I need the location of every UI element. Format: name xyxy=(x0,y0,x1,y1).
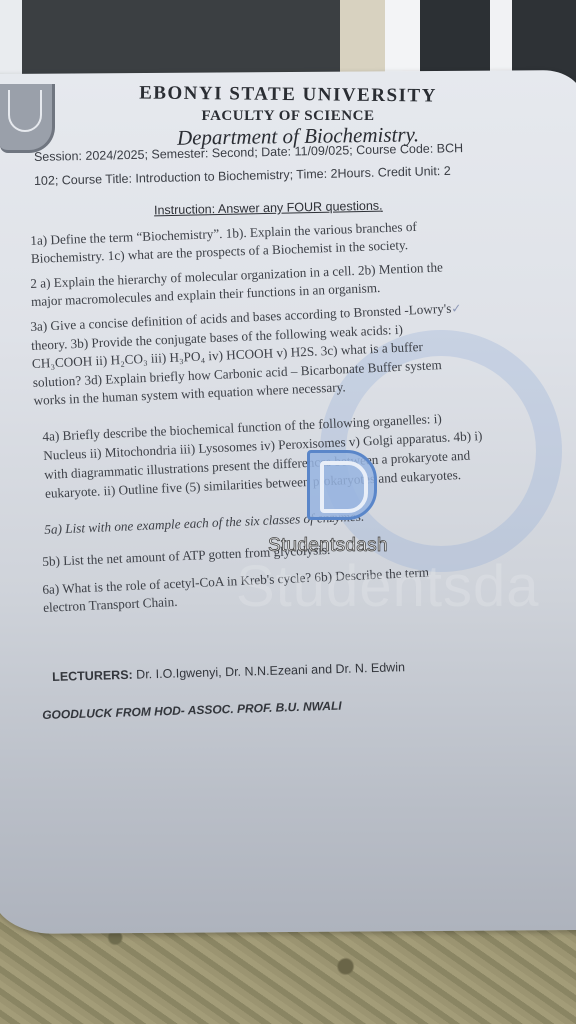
exam-meta-line-2: 102; Course Title: Introduction to Bioch… xyxy=(34,161,554,188)
lecturers-names: Dr. I.O.Igwenyi, Dr. N.N.Ezeani and Dr. … xyxy=(133,660,406,682)
goodluck-note: GOODLUCK FROM HOD- ASSOC. PROF. B.U. NWA… xyxy=(42,699,342,722)
studentsdash-logo-icon xyxy=(307,450,377,520)
lecturers: LECTURERS: Dr. I.O.Igwenyi, Dr. N.N.Ezea… xyxy=(52,660,405,684)
lecturers-label: LECTURERS: xyxy=(52,668,133,684)
university-name: EBONYI STATE UNIVERSITY xyxy=(0,81,576,109)
watermark-text: Studentsdash xyxy=(268,535,388,557)
exam-content: EBONYI STATE UNIVERSITY FACULTY OF SCIEN… xyxy=(0,0,576,1024)
tick-mark-icon: ✓ xyxy=(451,301,462,315)
watermark-large-text: Studentsda xyxy=(236,553,539,620)
exam-instruction: Instruction: Answer any FOUR questions. xyxy=(154,199,383,218)
